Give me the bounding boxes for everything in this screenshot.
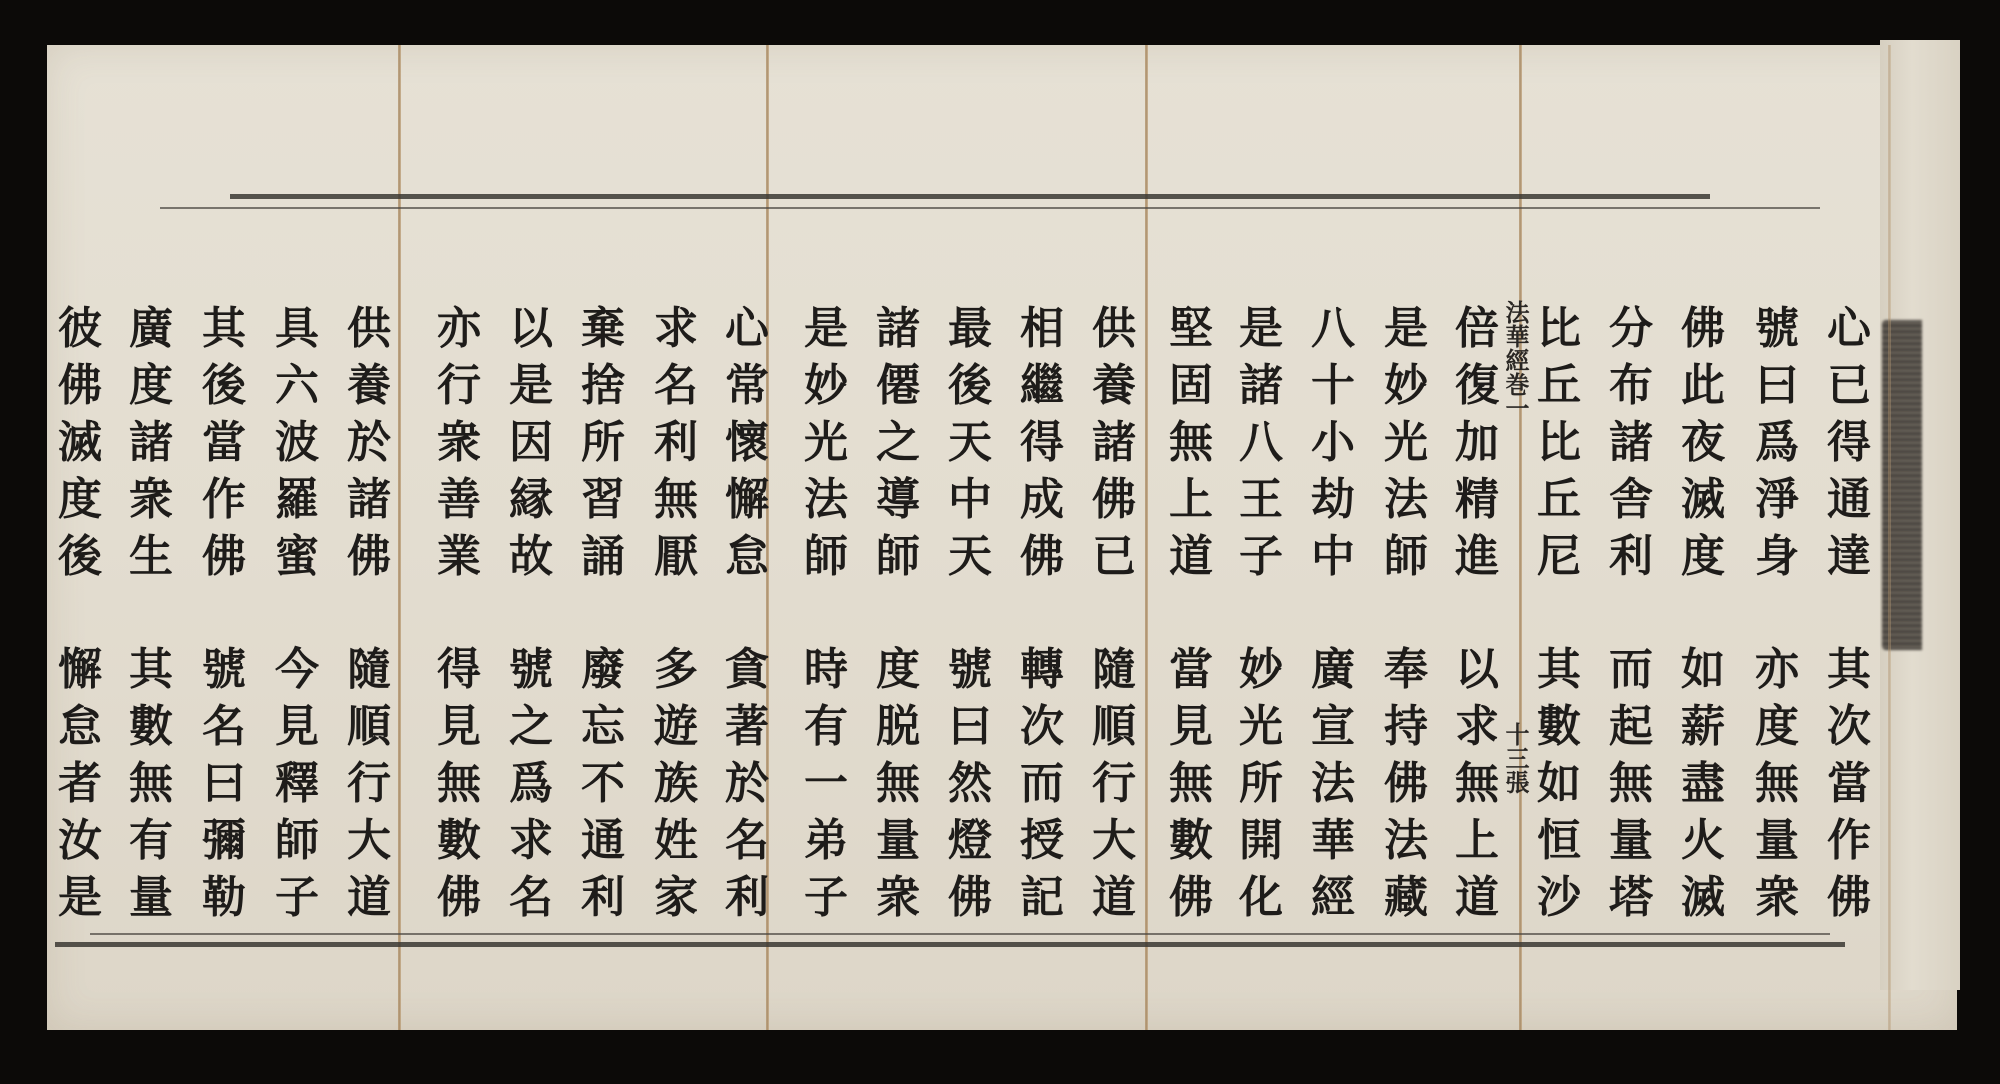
glyph-upper: 習 — [581, 471, 625, 528]
text-column: 心已得通達其次當作佛 — [1818, 300, 1880, 926]
glyph-lower: 順 — [347, 698, 391, 755]
glyph-upper: 布 — [1609, 357, 1653, 414]
glyph-upper: 通 — [1827, 471, 1871, 528]
glyph-upper: 加 — [1455, 414, 1499, 471]
glyph-lower: 號 — [509, 641, 553, 698]
glyph-lower: 開 — [1239, 812, 1283, 869]
glyph-lower: 上 — [1455, 812, 1499, 869]
glyph-upper: 中 — [948, 471, 992, 528]
glyph-lower: 汝 — [58, 812, 102, 869]
glyph-upper: 妙 — [1384, 357, 1428, 414]
glyph-upper: 達 — [1827, 528, 1871, 585]
glyph-upper: 曰 — [1755, 357, 1799, 414]
glyph-lower: 當 — [1169, 641, 1213, 698]
glyph-upper: 法 — [804, 471, 848, 528]
glyph-upper: 十 — [1311, 357, 1355, 414]
glyph-lower: 著 — [725, 698, 769, 755]
glyph-upper: 亦 — [437, 300, 481, 357]
glyph-lower: 授 — [1020, 812, 1064, 869]
text-column: 號曰爲淨身亦度無量衆 — [1746, 300, 1808, 926]
glyph-upper: 佛 — [1681, 300, 1725, 357]
glyph-lower: 而 — [1020, 755, 1064, 812]
glyph-lower: 不 — [581, 755, 625, 812]
glyph-upper: 導 — [876, 471, 920, 528]
glyph-lower: 恒 — [1537, 812, 1581, 869]
glyph-upper: 棄 — [581, 300, 625, 357]
glyph-lower: 名 — [509, 869, 553, 926]
glyph-lower: 一 — [804, 755, 848, 812]
glyph-lower: 數 — [1169, 812, 1213, 869]
glyph-lower: 有 — [804, 698, 848, 755]
glyph-upper: 度 — [58, 471, 102, 528]
glyph-upper: 淨 — [1755, 471, 1799, 528]
glyph-upper: 天 — [948, 414, 992, 471]
glyph-lower: 妙 — [1239, 641, 1283, 698]
text-column: 供養於諸佛隨順行大道 — [338, 300, 400, 926]
glyph-upper: 蜜 — [275, 528, 319, 585]
glyph-upper: 子 — [1239, 528, 1283, 585]
glyph-upper: 生 — [129, 528, 173, 585]
glyph-lower: 大 — [1092, 812, 1136, 869]
glyph-upper: 利 — [1609, 528, 1653, 585]
glyph-upper: 養 — [347, 357, 391, 414]
glyph-upper: 佛 — [347, 528, 391, 585]
glyph-upper: 比 — [1537, 414, 1581, 471]
text-column: 求名利無厭多遊族姓家 — [645, 300, 707, 926]
glyph-lower: 名 — [725, 812, 769, 869]
glyph-lower: 求 — [509, 812, 553, 869]
glyph-lower: 有 — [129, 812, 173, 869]
document-sheet — [47, 45, 1957, 1030]
glyph-lower: 華 — [1311, 812, 1355, 869]
glyph-upper: 上 — [1169, 471, 1213, 528]
glyph-upper: 舎 — [1609, 471, 1653, 528]
glyph-upper: 無 — [654, 471, 698, 528]
glyph-upper: 諸 — [347, 471, 391, 528]
glyph-upper: 懈 — [725, 471, 769, 528]
glyph-lower: 化 — [1239, 869, 1283, 926]
glyph-upper: 王 — [1239, 471, 1283, 528]
text-column: 供養諸佛已隨順行大道 — [1083, 300, 1145, 926]
glyph-lower: 佛 — [1169, 869, 1213, 926]
glyph-lower: 佛 — [1384, 755, 1428, 812]
glyph-lower: 奉 — [1384, 641, 1428, 698]
glyph-lower: 經 — [1311, 869, 1355, 926]
glyph-lower: 佛 — [1827, 869, 1871, 926]
glyph-lower: 者 — [58, 755, 102, 812]
glyph-upper: 善 — [437, 471, 481, 528]
glyph-upper: 已 — [1827, 357, 1871, 414]
glyph-lower: 所 — [1239, 755, 1283, 812]
glyph-lower: 其 — [129, 641, 173, 698]
glyph-upper: 業 — [437, 528, 481, 585]
glyph-lower: 作 — [1827, 812, 1871, 869]
glyph-lower: 量 — [1609, 812, 1653, 869]
glyph-upper: 精 — [1455, 471, 1499, 528]
glyph-upper: 因 — [509, 414, 553, 471]
glyph-lower: 家 — [654, 869, 698, 926]
glyph-lower: 道 — [347, 869, 391, 926]
glyph-upper: 供 — [347, 300, 391, 357]
glyph-upper: 是 — [509, 357, 553, 414]
text-column: 其後當作佛號名曰彌勒 — [193, 300, 255, 926]
glyph-upper: 羅 — [275, 471, 319, 528]
glyph-upper: 衆 — [129, 471, 173, 528]
glyph-upper: 度 — [1681, 528, 1725, 585]
glyph-upper: 諸 — [1609, 414, 1653, 471]
glyph-upper: 佛 — [58, 357, 102, 414]
glyph-upper: 復 — [1455, 357, 1499, 414]
glyph-upper: 名 — [654, 357, 698, 414]
glyph-lower: 弟 — [804, 812, 848, 869]
glyph-upper: 以 — [509, 300, 553, 357]
glyph-upper: 繼 — [1020, 357, 1064, 414]
glyph-upper: 捨 — [581, 357, 625, 414]
glyph-upper: 衆 — [437, 414, 481, 471]
glyph-lower: 子 — [804, 869, 848, 926]
glyph-lower: 然 — [948, 755, 992, 812]
glyph-upper: 懷 — [725, 414, 769, 471]
glyph-upper: 供 — [1092, 300, 1136, 357]
text-column: 堅固無上道當見無數佛 — [1160, 300, 1222, 926]
glyph-lower: 釋 — [275, 755, 319, 812]
bottom-border-thick — [55, 942, 1845, 947]
glyph-upper: 利 — [654, 414, 698, 471]
glyph-lower: 利 — [725, 869, 769, 926]
glyph-lower: 利 — [581, 869, 625, 926]
glyph-lower: 曰 — [202, 755, 246, 812]
glyph-upper: 行 — [437, 357, 481, 414]
text-column: 分布諸舎利而起無量塔 — [1600, 300, 1662, 926]
glyph-upper: 滅 — [58, 414, 102, 471]
glyph-lower: 得 — [437, 641, 481, 698]
glyph-upper: 小 — [1311, 414, 1355, 471]
glyph-upper: 度 — [129, 357, 173, 414]
glyph-lower: 見 — [437, 698, 481, 755]
glyph-lower: 法 — [1384, 812, 1428, 869]
glyph-upper: 滅 — [1681, 471, 1725, 528]
fold-line — [1519, 45, 1522, 1030]
glyph-lower: 藏 — [1384, 869, 1428, 926]
text-column: 具六波羅蜜今見釋師子 — [266, 300, 328, 926]
glyph-upper: 得 — [1827, 414, 1871, 471]
glyph-upper: 所 — [581, 414, 625, 471]
glyph-lower: 塔 — [1609, 869, 1653, 926]
glyph-lower: 量 — [129, 869, 173, 926]
glyph-lower: 其 — [1537, 641, 1581, 698]
text-column: 是妙光法師時有一弟子 — [795, 300, 857, 926]
glyph-upper: 進 — [1455, 528, 1499, 585]
glyph-lower: 爲 — [509, 755, 553, 812]
top-border-thick — [230, 194, 1710, 199]
glyph-upper: 固 — [1169, 357, 1213, 414]
text-column: 相繼得成佛轉次而授記 — [1011, 300, 1073, 926]
glyph-upper: 後 — [58, 528, 102, 585]
text-column: 是諸八王子妙光所開化 — [1230, 300, 1292, 926]
glyph-upper: 故 — [509, 528, 553, 585]
glyph-upper: 成 — [1020, 471, 1064, 528]
glyph-upper: 妙 — [804, 357, 848, 414]
glyph-lower: 遊 — [654, 698, 698, 755]
glyph-lower: 姓 — [654, 812, 698, 869]
glyph-lower: 當 — [1827, 755, 1871, 812]
glyph-lower: 次 — [1827, 698, 1871, 755]
glyph-lower: 光 — [1239, 698, 1283, 755]
glyph-lower: 是 — [58, 869, 102, 926]
glyph-upper: 已 — [1092, 528, 1136, 585]
glyph-lower: 道 — [1092, 869, 1136, 926]
glyph-upper: 中 — [1311, 528, 1355, 585]
glyph-lower: 佛 — [948, 869, 992, 926]
glyph-lower: 法 — [1311, 755, 1355, 812]
glyph-lower: 順 — [1092, 698, 1136, 755]
glyph-upper: 諸 — [1239, 357, 1283, 414]
glyph-lower: 量 — [876, 812, 920, 869]
glyph-lower: 宣 — [1311, 698, 1355, 755]
glyph-upper: 號 — [1755, 300, 1799, 357]
glyph-lower: 之 — [509, 698, 553, 755]
glyph-lower: 見 — [275, 698, 319, 755]
glyph-upper: 八 — [1239, 414, 1283, 471]
glyph-upper: 得 — [1020, 414, 1064, 471]
glyph-lower: 通 — [581, 812, 625, 869]
glyph-upper: 誦 — [581, 528, 625, 585]
glyph-upper: 丘 — [1537, 471, 1581, 528]
glyph-upper: 縁 — [509, 471, 553, 528]
glyph-upper: 倍 — [1455, 300, 1499, 357]
glyph-upper: 劫 — [1311, 471, 1355, 528]
glyph-upper: 佛 — [202, 528, 246, 585]
glyph-lower: 亦 — [1755, 641, 1799, 698]
glyph-lower: 行 — [347, 755, 391, 812]
glyph-lower: 量 — [1755, 812, 1799, 869]
glyph-upper: 爲 — [1755, 414, 1799, 471]
glyph-lower: 起 — [1609, 698, 1653, 755]
glyph-upper: 諸 — [129, 414, 173, 471]
text-column: 心常懷懈怠貪著於名利 — [716, 300, 778, 926]
glyph-lower: 號 — [202, 641, 246, 698]
glyph-lower: 數 — [129, 698, 173, 755]
glyph-lower: 無 — [1169, 755, 1213, 812]
glyph-upper: 是 — [804, 300, 848, 357]
text-column: 最後天中天號曰然燈佛 — [939, 300, 1001, 926]
glyph-lower: 燈 — [948, 812, 992, 869]
glyph-upper: 之 — [876, 414, 920, 471]
glyph-upper: 佛 — [1020, 528, 1064, 585]
glyph-lower: 子 — [275, 869, 319, 926]
glyph-upper: 作 — [202, 471, 246, 528]
glyph-lower: 求 — [1455, 698, 1499, 755]
glyph-lower: 記 — [1020, 869, 1064, 926]
glyph-upper: 道 — [1169, 528, 1213, 585]
glyph-upper: 當 — [202, 414, 246, 471]
glyph-lower: 以 — [1455, 641, 1499, 698]
glyph-lower: 號 — [948, 641, 992, 698]
glyph-lower: 其 — [1827, 641, 1871, 698]
text-column: 廣度諸衆生其數無有量 — [120, 300, 182, 926]
glyph-lower: 見 — [1169, 698, 1213, 755]
glyph-upper: 後 — [202, 357, 246, 414]
glyph-lower: 無 — [1455, 755, 1499, 812]
glyph-upper: 養 — [1092, 357, 1136, 414]
glyph-upper: 具 — [275, 300, 319, 357]
glyph-lower: 如 — [1681, 641, 1725, 698]
text-column: 彼佛滅度後懈怠者汝是 — [49, 300, 111, 926]
glyph-upper: 師 — [1384, 528, 1428, 585]
glyph-lower: 無 — [876, 755, 920, 812]
glyph-lower: 廢 — [581, 641, 625, 698]
glyph-upper: 天 — [948, 528, 992, 585]
glyph-upper: 相 — [1020, 300, 1064, 357]
glyph-upper: 夜 — [1681, 414, 1725, 471]
glyph-lower: 怠 — [58, 698, 102, 755]
glyph-lower: 滅 — [1681, 869, 1725, 926]
glyph-lower: 道 — [1455, 869, 1499, 926]
glyph-upper: 最 — [948, 300, 992, 357]
glyph-lower: 脱 — [876, 698, 920, 755]
text-column: 亦行衆善業得見無數佛 — [428, 300, 490, 926]
glyph-lower: 持 — [1384, 698, 1428, 755]
glyph-lower: 廣 — [1311, 641, 1355, 698]
glyph-upper: 是 — [1384, 300, 1428, 357]
glyph-lower: 無 — [437, 755, 481, 812]
top-border-thin — [160, 207, 1820, 209]
glyph-lower: 數 — [1537, 698, 1581, 755]
glyph-lower: 度 — [876, 641, 920, 698]
glyph-lower: 於 — [725, 755, 769, 812]
glyph-lower: 多 — [654, 641, 698, 698]
glyph-upper: 僊 — [876, 357, 920, 414]
glyph-lower: 時 — [804, 641, 848, 698]
glyph-upper: 光 — [804, 414, 848, 471]
glyph-upper: 心 — [1827, 300, 1871, 357]
glyph-lower: 無 — [1755, 755, 1799, 812]
glyph-lower: 族 — [654, 755, 698, 812]
text-column: 倍復加精進以求無上道 — [1446, 300, 1508, 926]
glyph-lower: 隨 — [347, 641, 391, 698]
glyph-lower: 盡 — [1681, 755, 1725, 812]
glyph-lower: 轉 — [1020, 641, 1064, 698]
glyph-lower: 懈 — [58, 641, 102, 698]
glyph-lower: 沙 — [1537, 869, 1581, 926]
glyph-lower: 貪 — [725, 641, 769, 698]
fold-line — [1888, 45, 1891, 1030]
glyph-lower: 佛 — [437, 869, 481, 926]
text-column: 是妙光法師奉持佛法藏 — [1375, 300, 1437, 926]
glyph-upper: 法 — [1384, 471, 1428, 528]
glyph-lower: 薪 — [1681, 698, 1725, 755]
glyph-lower: 度 — [1755, 698, 1799, 755]
glyph-upper: 比 — [1537, 300, 1581, 357]
glyph-upper: 後 — [948, 357, 992, 414]
glyph-lower: 次 — [1020, 698, 1064, 755]
glyph-upper: 求 — [654, 300, 698, 357]
glyph-upper: 堅 — [1169, 300, 1213, 357]
glyph-lower: 隨 — [1092, 641, 1136, 698]
glyph-upper: 六 — [275, 357, 319, 414]
glyph-upper: 常 — [725, 357, 769, 414]
glyph-lower: 而 — [1609, 641, 1653, 698]
glyph-lower: 師 — [275, 812, 319, 869]
glyph-upper: 心 — [725, 300, 769, 357]
text-column: 棄捨所習誦廢忘不通利 — [572, 300, 634, 926]
glyph-upper: 尼 — [1537, 528, 1581, 585]
glyph-upper: 光 — [1384, 414, 1428, 471]
glyph-lower: 無 — [129, 755, 173, 812]
text-column: 比丘比丘尼其數如恒沙 — [1528, 300, 1590, 926]
glyph-lower: 忘 — [581, 698, 625, 755]
glyph-lower: 火 — [1681, 812, 1725, 869]
glyph-lower: 彌 — [202, 812, 246, 869]
glyph-upper: 師 — [876, 528, 920, 585]
glyph-lower: 名 — [202, 698, 246, 755]
glyph-upper: 師 — [804, 528, 848, 585]
glyph-lower: 曰 — [948, 698, 992, 755]
glyph-upper: 彼 — [58, 300, 102, 357]
glyph-upper: 其 — [202, 300, 246, 357]
glyph-lower: 大 — [347, 812, 391, 869]
text-column: 以是因縁故號之爲求名 — [500, 300, 562, 926]
glyph-upper: 廣 — [129, 300, 173, 357]
glyph-upper: 丘 — [1537, 357, 1581, 414]
glyph-upper: 分 — [1609, 300, 1653, 357]
glyph-lower: 勒 — [202, 869, 246, 926]
glyph-lower: 行 — [1092, 755, 1136, 812]
glyph-upper: 無 — [1169, 414, 1213, 471]
glyph-upper: 怠 — [725, 528, 769, 585]
text-column: 八十小劫中廣宣法華經 — [1302, 300, 1364, 926]
glyph-upper: 此 — [1681, 357, 1725, 414]
glyph-upper: 是 — [1239, 300, 1283, 357]
text-column: 諸僊之導師度脱無量衆 — [867, 300, 929, 926]
glyph-upper: 波 — [275, 414, 319, 471]
glyph-upper: 八 — [1311, 300, 1355, 357]
glyph-lower: 數 — [437, 812, 481, 869]
bottom-border-thin — [90, 933, 1830, 935]
glyph-lower: 衆 — [1755, 869, 1799, 926]
glyph-upper: 諸 — [1092, 414, 1136, 471]
glyph-upper: 諸 — [876, 300, 920, 357]
glyph-lower: 今 — [275, 641, 319, 698]
glyph-lower: 無 — [1609, 755, 1653, 812]
glyph-lower: 如 — [1537, 755, 1581, 812]
text-column: 佛此夜滅度如薪盡火滅 — [1672, 300, 1734, 926]
fold-line — [1145, 45, 1148, 1030]
glyph-upper: 佛 — [1092, 471, 1136, 528]
glyph-upper: 厭 — [654, 528, 698, 585]
glyph-upper: 身 — [1755, 528, 1799, 585]
glyph-lower: 衆 — [876, 869, 920, 926]
glyph-upper: 於 — [347, 414, 391, 471]
